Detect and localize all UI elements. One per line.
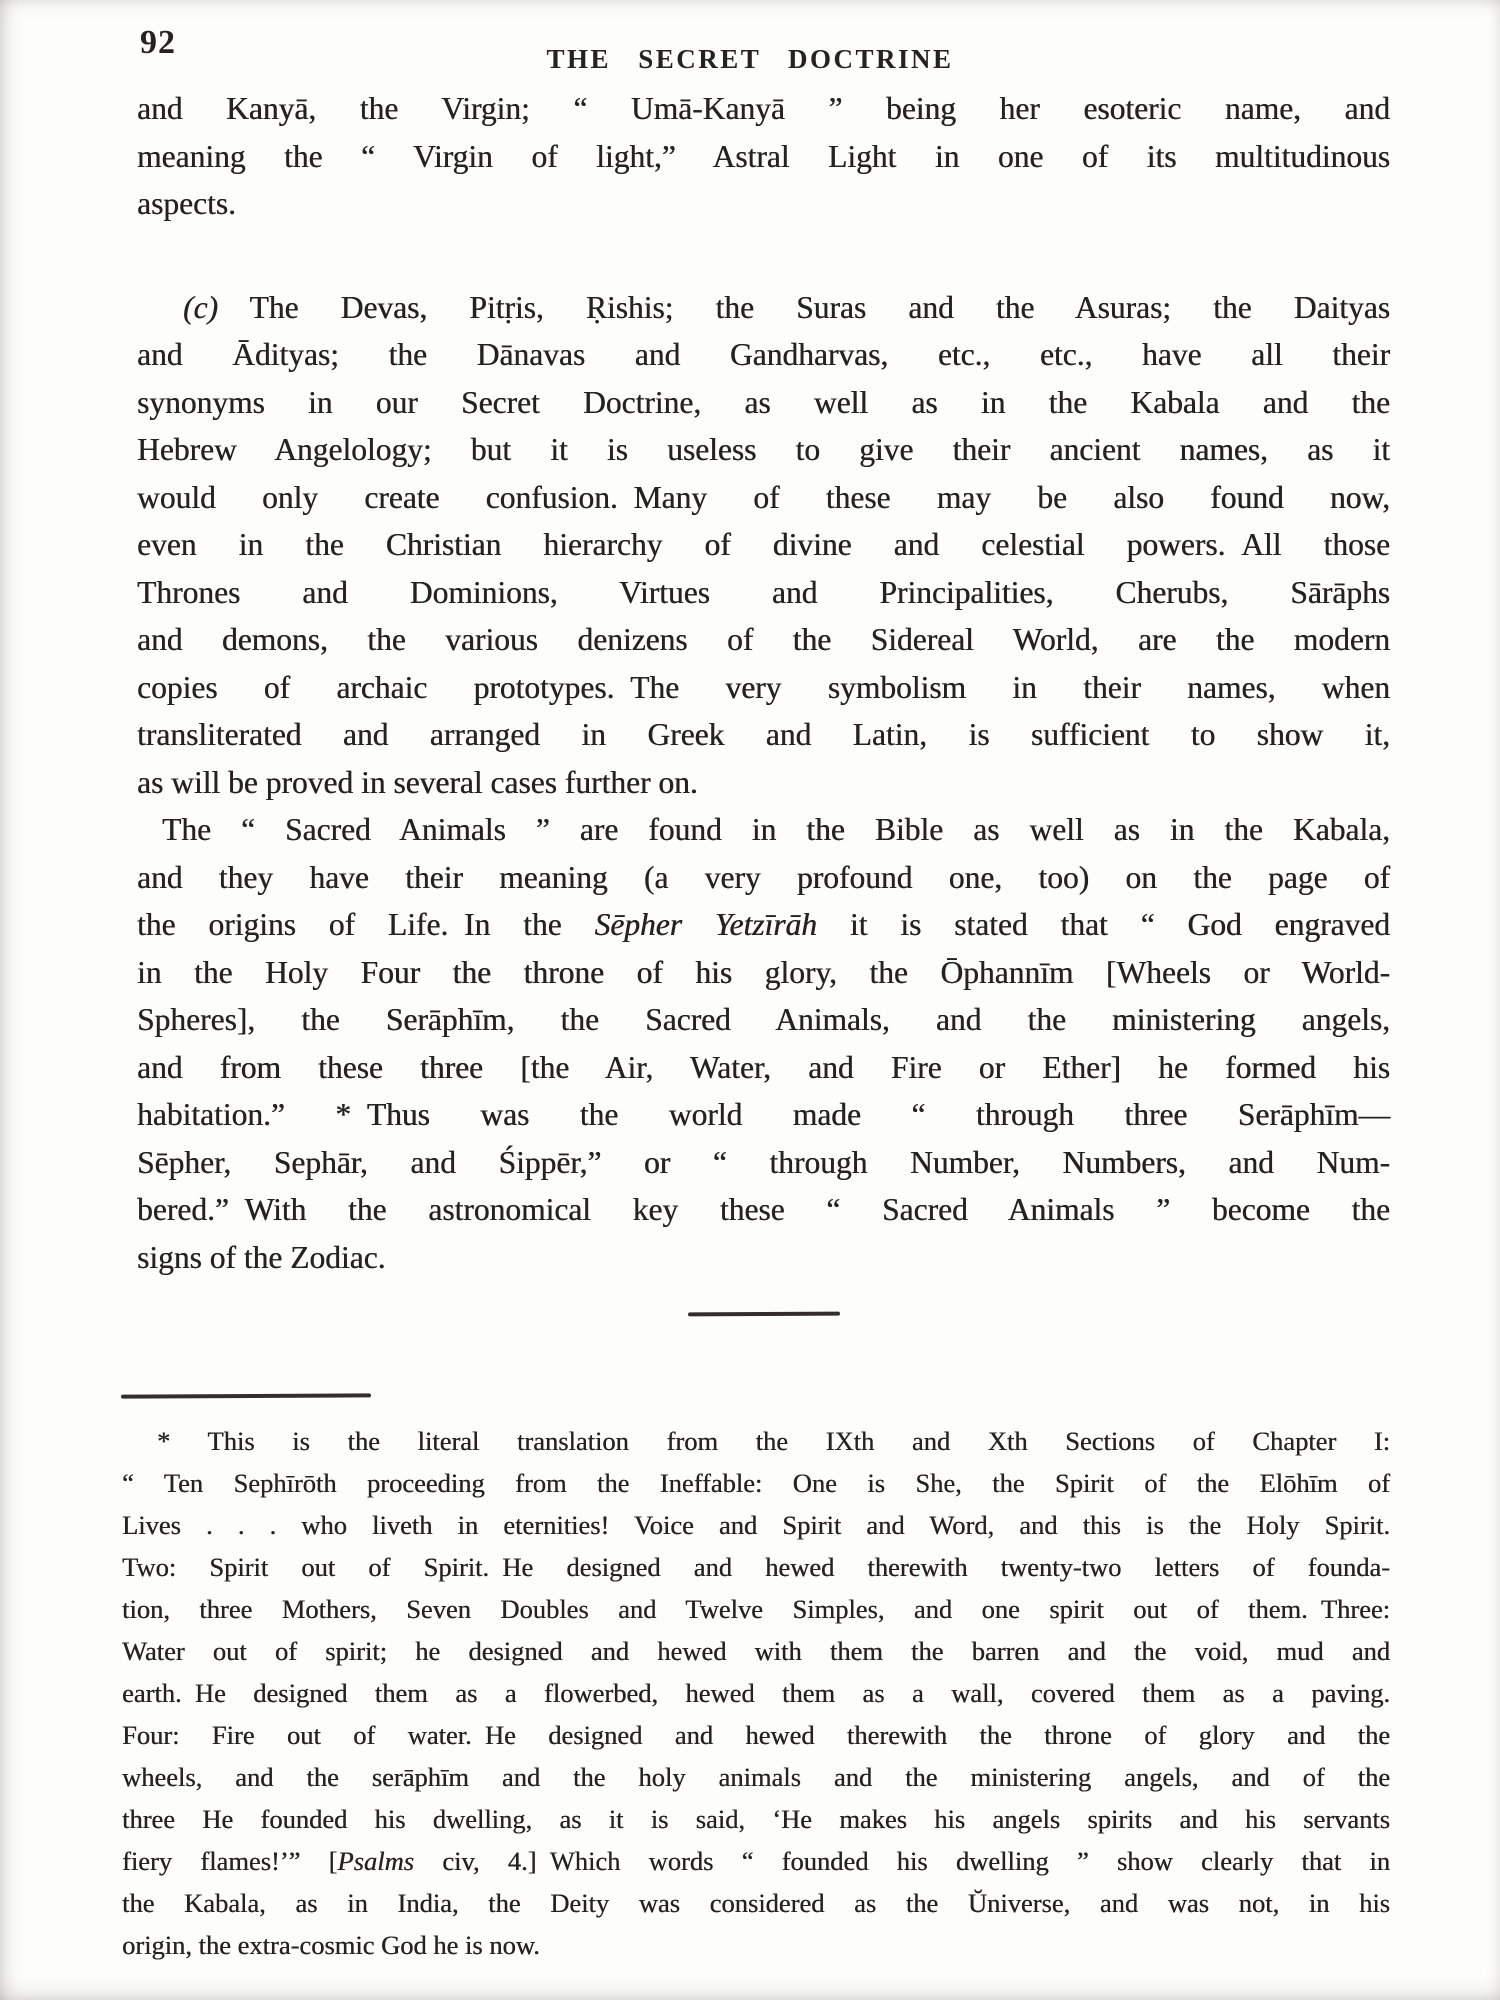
text-line: and from these three [the Air, Water, an… [137,1044,1390,1092]
page-header: 92 THE SECRET DOCTRINE [0,0,1500,85]
text-line: Hebrew Angelology; but it is useless to … [137,426,1390,474]
text-line: earth. He designed them as a flowerbed, … [122,1672,1390,1714]
text-line: even in the Christian hierarchy of divin… [137,521,1390,569]
text-line: Two: Spirit out of Spirit. He designed a… [122,1546,1390,1588]
text-line: three He founded his dwelling, as it is … [122,1798,1390,1840]
text-line: Sēpher, Sephār, and Śippēr,” or “ throug… [137,1139,1390,1187]
text-line: and demons, the various denizens of the … [137,616,1390,664]
text-line: copies of archaic prototypes. The very s… [137,664,1390,712]
text-line: in the Holy Four the throne of his glory… [137,949,1390,997]
paragraph: (c) The Devas, Pitṛis, Ṛishis; the Suras… [137,284,1390,807]
text-line: aspects. [137,180,1390,228]
text-line: Spheres], the Serāphīm, the Sacred Anima… [137,996,1390,1044]
running-title: THE SECRET DOCTRINE [0,44,1500,75]
text-line: and Ādityas; the Dānavas and Gandharvas,… [137,331,1390,379]
text-line: * This is the literal translation from t… [122,1420,1390,1462]
text-line: wheels, and the serāphīm and the holy an… [122,1756,1390,1798]
text-line: “ Ten Sephīrōth proceeding from the Inef… [122,1462,1390,1504]
text-line: habitation.” * Thus was the world made “… [137,1091,1390,1139]
text-line: would only create confusion. Many of the… [137,474,1390,522]
text-line: signs of the Zodiac. [137,1234,1390,1282]
text-line: origin, the extra-cosmic God he is now. [122,1924,1390,1966]
text-line: bered.” With the astronomical key these … [137,1186,1390,1234]
text-line: transliterated and arranged in Greek and… [137,711,1390,759]
text-line: and Kanyā, the Virgin; “ Umā-Kanyā ” bei… [137,85,1390,133]
paragraph: The “ Sacred Animals ” are found in the … [137,806,1390,1281]
text-line: Thrones and Dominions, Virtues and Princ… [137,569,1390,617]
book-page: 92 THE SECRET DOCTRINE and Kanyā, the Vi… [0,0,1500,2000]
text-line: (c) The Devas, Pitṛis, Ṛishis; the Suras… [137,284,1390,332]
text-line: Four: Fire out of water. He designed and… [122,1714,1390,1756]
footnote-separator [121,1393,371,1398]
footnote: * This is the literal translation from t… [122,1420,1390,1966]
text-line: as will be proved in several cases furth… [137,759,1390,807]
paragraph: and Kanyā, the Virgin; “ Umā-Kanyā ” bei… [137,85,1390,228]
text-line: fiery flames!’” [Psalms civ, 4.] Which w… [122,1840,1390,1882]
text-line: the Kabala, as in India, the Deity was c… [122,1882,1390,1924]
body-text: and Kanyā, the Virgin; “ Umā-Kanyā ” bei… [137,85,1390,1316]
text-line: Lives . . . who liveth in eternities! Vo… [122,1504,1390,1546]
text-line: synonyms in our Secret Doctrine, as well… [137,379,1390,427]
text-line: Water out of spirit; he designed and hew… [122,1630,1390,1672]
text-line: the origins of Life. In the Sēpher Yetzī… [137,901,1390,949]
text-line: tion, three Mothers, Seven Doubles and T… [122,1588,1390,1630]
text-line: meaning the “ Virgin of light,” Astral L… [137,133,1390,181]
text-line: The “ Sacred Animals ” are found in the … [137,806,1390,854]
section-divider [687,1312,839,1317]
text-line: and they have their meaning (a very prof… [137,854,1390,902]
